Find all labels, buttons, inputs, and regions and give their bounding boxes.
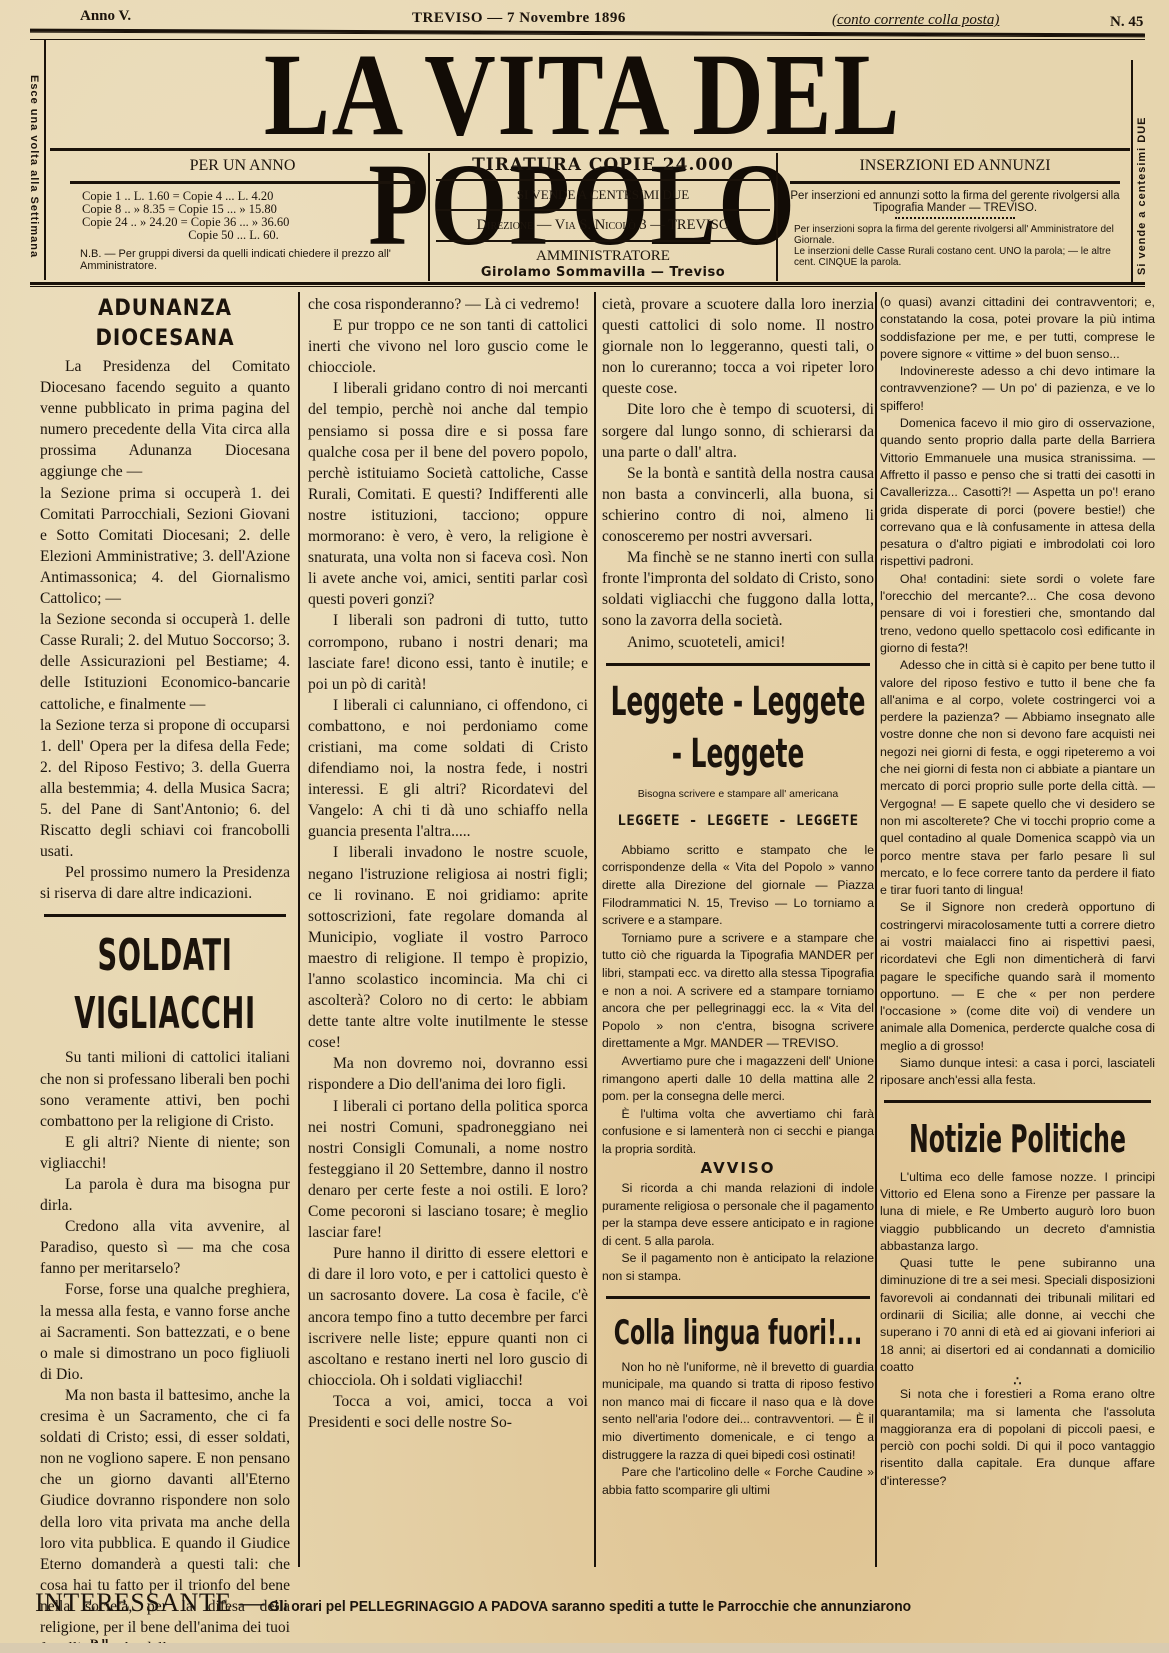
- footer-text: Gli orari pel PELLEGRINAGGIO A PADOVA sa…: [269, 1598, 911, 1615]
- administrator-name: Girolamo Sommavilla — Treviso: [430, 265, 776, 280]
- paragraph: L'ultima eco delle famose nozze. I princ…: [880, 1169, 1155, 1255]
- paragraph: È l'ultima volta che avvertiamo chi farà…: [602, 1106, 874, 1159]
- divider: [30, 282, 1145, 287]
- paragraph: I liberali ci portano della politica spo…: [308, 1096, 588, 1244]
- paragraph: Credono alla vita avvenire, al Paradiso,…: [40, 1216, 290, 1279]
- divider: [436, 209, 770, 211]
- paragraph: Pare che l'articolino delle « Forche Cau…: [602, 1464, 874, 1499]
- paragraph: Pel prossimo numero la Presidenza si ris…: [40, 862, 290, 904]
- paragraph: Si ricorda a chi manda relazioni di indo…: [602, 1180, 874, 1250]
- paragraph: Se il Signore non crederà opportuno di c…: [880, 899, 1155, 1055]
- divider: [606, 1296, 870, 1299]
- footer-notice: INTERESSANTE — Gli orari pel PELLEGRINAG…: [35, 1588, 1165, 1618]
- divider: [436, 179, 770, 181]
- paragraph: Avvertiamo pure che i magazzeni dell' Un…: [602, 1053, 874, 1106]
- advertising-text: Per inserzioni sopra la firma del gerent…: [780, 224, 1130, 246]
- divider: [70, 181, 415, 184]
- paragraph: Dite loro che è tempo di scuotersi, di s…: [602, 399, 874, 462]
- paragraph: La Presidenza del Comitato Diocesano fac…: [40, 356, 290, 483]
- price-row: Copie 50 ... L. 60.: [82, 229, 425, 242]
- side-note-right: Si vende a centesimi DUE: [1136, 70, 1164, 275]
- paragraph: Animo, scuoteteli, amici!: [602, 632, 874, 653]
- headline-avviso: AVVISO: [602, 1160, 874, 1178]
- divider: [50, 148, 1130, 151]
- ornament: [895, 217, 1015, 221]
- divider: [436, 240, 770, 242]
- divider: [44, 40, 46, 280]
- paragraph: Quasi tutte le pene subiranno una diminu…: [880, 1255, 1155, 1376]
- paragraph: I liberali son padroni di tutto, tutto c…: [308, 610, 588, 694]
- subtitle: Bisogna scrivere e stampare all' america…: [602, 784, 874, 805]
- paragraph: Ma finchè se ne stanno inerti con sulla …: [602, 547, 874, 631]
- column-4: (o quasi) avanzi cittadini dei contravve…: [880, 294, 1155, 1490]
- advertising-text: Per inserzioni ed annunzi sotto la firma…: [780, 190, 1130, 214]
- issue-number: N. 45: [1110, 14, 1143, 31]
- headline-leggete: Leggete - Leggete - Leggete: [604, 676, 872, 780]
- column-2: che cosa risponderanno? — Là ci vedremo!…: [308, 294, 588, 1433]
- paragraph: La parola è dura ma bisogna pur dirla.: [40, 1174, 290, 1216]
- headline-notizie: Notizie Politiche: [883, 1113, 1153, 1165]
- paragraph: E gli altri? Niente di niente; son vigli…: [40, 1132, 290, 1174]
- subscription-note: N.B. — Per gruppi diversi da quelli indi…: [60, 248, 425, 272]
- paragraph: Abbiamo scritto e stampato che le corris…: [602, 842, 874, 930]
- divider: [606, 663, 870, 666]
- paragraph: che cosa risponderanno? — Là ci vedremo!: [308, 294, 588, 315]
- paragraph: E pur troppo ce ne son tanti di cattolic…: [308, 315, 588, 378]
- paragraph: Indovinereste adesso a chi devo intimare…: [880, 363, 1155, 415]
- paragraph: Tocca a voi, amici, tocca a voi Presiden…: [308, 1391, 588, 1433]
- paragraph: Su tanti milioni di cattolici italiani c…: [40, 1047, 290, 1131]
- paragraph: I liberali invadono le nostre scuole, ne…: [308, 842, 588, 1053]
- divider: [1131, 60, 1133, 285]
- circulation-box: TIRATURA COPIE 24.000 SI VENDE A CENTESI…: [428, 153, 778, 281]
- paragraph: Si nota che i forestieri a Roma erano ol…: [880, 1386, 1155, 1490]
- top-strip: Anno V. TREVISO — 7 Novembre 1896 (conto…: [0, 4, 1169, 32]
- divider: [884, 1100, 1151, 1103]
- subscription-title: PER UN ANNO: [60, 153, 425, 181]
- paragraph: la Sezione terza si propone di occuparsi…: [40, 715, 290, 863]
- paragraph: I liberali gridano contro di noi mercant…: [308, 378, 588, 610]
- paragraph: la Sezione prima si occuperà 1. dei Comi…: [40, 483, 290, 610]
- divider: [790, 181, 1120, 184]
- paragraph: Siamo dunque intesi: a casa i porci, las…: [880, 1055, 1155, 1090]
- price-notice: SI VENDE A CENTESIMI DUE: [430, 185, 776, 205]
- paragraph: Adesso che in città si è capito per bene…: [880, 657, 1155, 899]
- divider: [44, 914, 286, 917]
- side-note-left: Esce una volta alla Settimana: [10, 75, 40, 275]
- price-list: Copie 1 .. L. 1.60 = Copie 4 ... L. 4.20…: [60, 190, 425, 242]
- paragraph: Pure hanno il diritto di essere elettori…: [308, 1243, 588, 1391]
- leggete-body: Abbiamo scritto e stampato che le corris…: [602, 842, 874, 1286]
- advertising-box: INSERZIONI ED ANNUNZI Per inserzioni ed …: [780, 153, 1130, 281]
- page-edge: [0, 1643, 1169, 1653]
- paragraph: I liberali ci calunniano, ci offendono, …: [308, 695, 588, 843]
- editorial-address: Direzione — Via S. Nicolò 3 — TREVISO: [430, 215, 776, 236]
- section-ornament: ∴: [880, 1376, 1155, 1386]
- column-divider: [594, 292, 596, 1567]
- paragraph: Forse, forse una qualche preghiera, la m…: [40, 1279, 290, 1384]
- column-3: cietà, provare a scuotere dalla loro ine…: [602, 294, 874, 1499]
- postal-note: (conto corrente colla posta): [832, 12, 999, 29]
- paragraph: Non ho nè l'uniforme, nè il brevetto di …: [602, 1359, 874, 1465]
- column-divider: [875, 292, 877, 1567]
- volume-label: Anno V.: [80, 8, 131, 25]
- headline-leggete-caps: LEGGETE - LEGGETE - LEGGETE: [602, 811, 874, 832]
- advertising-text: Le inserzioni delle Casse Rurali costano…: [780, 246, 1130, 268]
- advertising-title: INSERZIONI ED ANNUNZI: [780, 153, 1130, 181]
- circulation: TIRATURA COPIE 24.000: [430, 153, 776, 175]
- colla-lingua-body: Non ho nè l'uniforme, nè il brevetto di …: [602, 1359, 874, 1500]
- footer-lead: INTERESSANTE —: [35, 1588, 265, 1617]
- column-1: ADUNANZA DIOCESANA La Presidenza del Com…: [40, 294, 290, 1653]
- paragraph: Oha! contadini: siete sordi o volete far…: [880, 571, 1155, 657]
- paragraph: cietà, provare a scuotere dalla loro ine…: [602, 294, 874, 399]
- newspaper-page: Anno V. TREVISO — 7 Novembre 1896 (conto…: [0, 0, 1169, 1653]
- paragraph: Se la bontà e santità della nostra causa…: [602, 463, 874, 547]
- paragraph: (o quasi) avanzi cittadini dei contravve…: [880, 294, 1155, 363]
- headline-soldati: SOLDATI VIGLIACCHI: [32, 927, 299, 1043]
- paragraph: Domenica facevo il mio giro di osservazi…: [880, 415, 1155, 571]
- paragraph: la Sezione seconda si occuperà 1. delle …: [40, 609, 290, 714]
- subscription-box: PER UN ANNO Copie 1 .. L. 1.60 = Copie 4…: [60, 153, 425, 281]
- paragraph: Se il pagamento non è anticipato la rela…: [602, 1250, 874, 1285]
- administrator-title: AMMINISTRATORE: [430, 246, 776, 265]
- headline-colla-lingua: Colla lingua fuori!...: [611, 1309, 866, 1357]
- dateline: TREVISO — 7 Novembre 1896: [412, 10, 626, 27]
- paragraph: Ma non dovremo noi, dovranno essi rispon…: [308, 1053, 588, 1095]
- paragraph: Torniamo pure a scrivere e a stampare ch…: [602, 930, 874, 1053]
- headline-adunanza: ADUNANZA DIOCESANA: [40, 294, 290, 354]
